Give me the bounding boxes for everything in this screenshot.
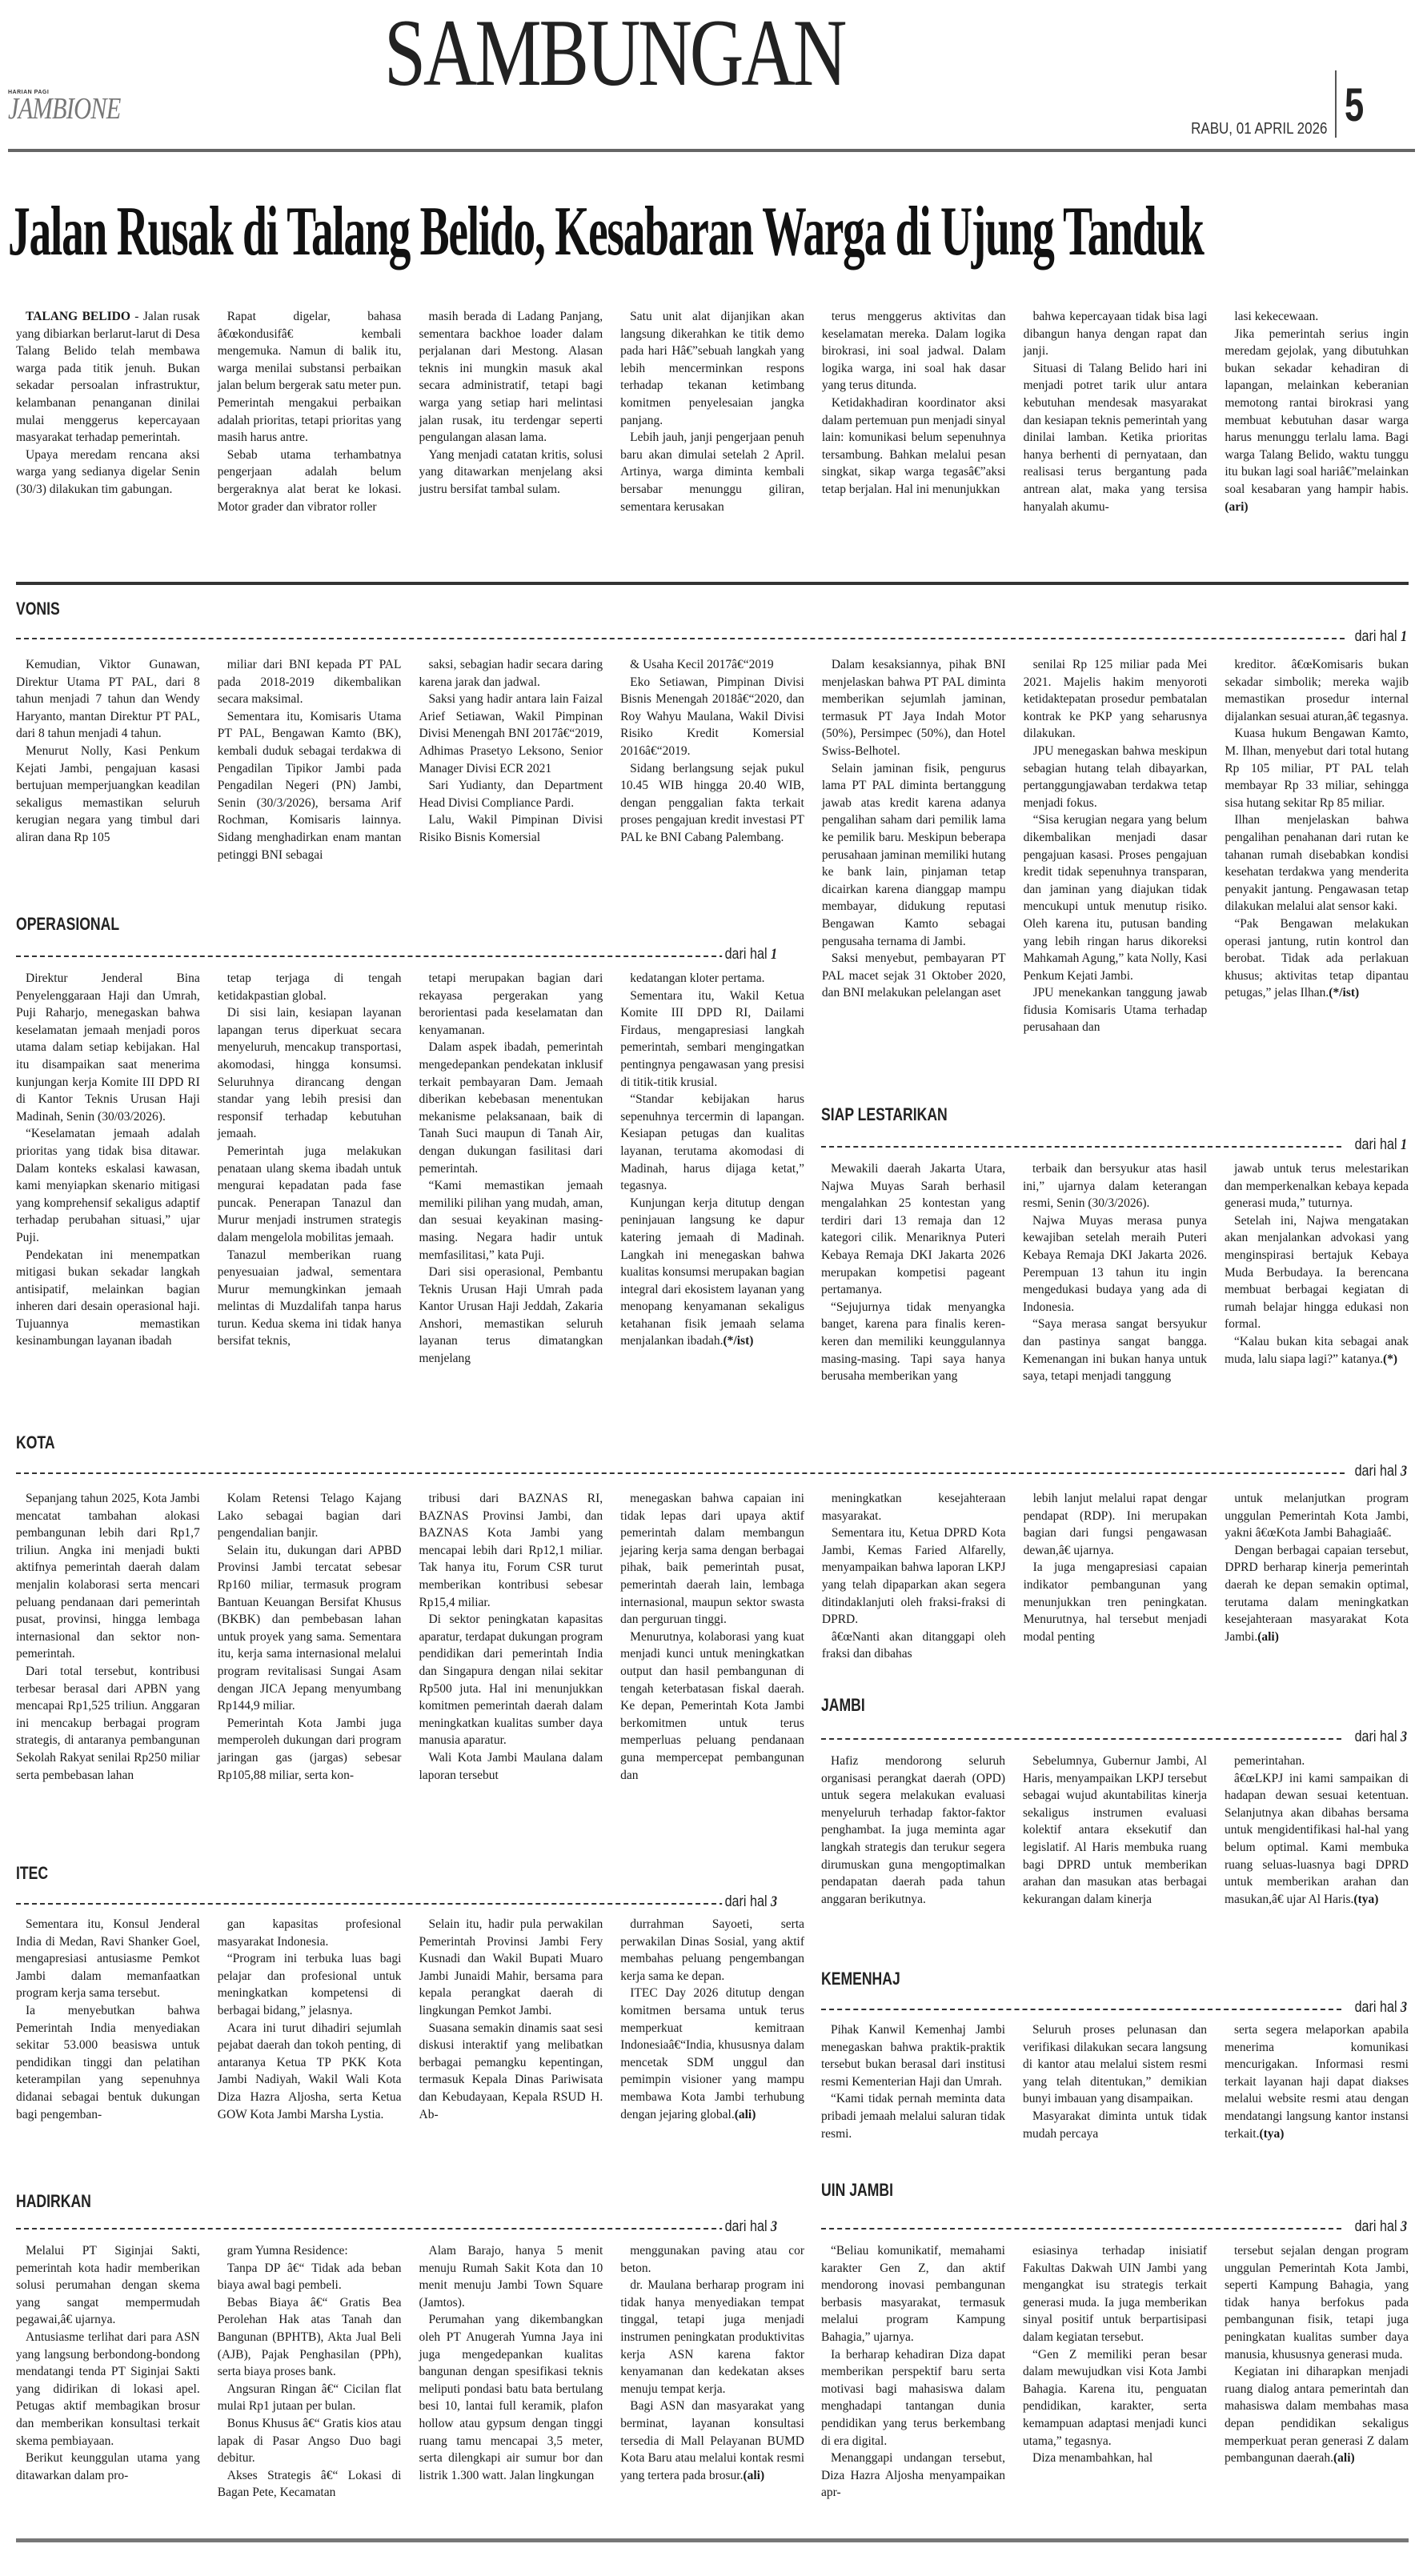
text-column: masih berada di Ladang Panjang, sementar… — [419, 308, 603, 515]
paragraph: Akses Strategis â€“ Lokasi di Bagan Pete… — [218, 2467, 402, 2502]
paragraph: tersebut sejalan dengan program unggulan… — [1225, 2242, 1409, 2363]
text-column: Sebelumnya, Gubernur Jambi, Al Haris, me… — [1023, 1753, 1207, 1908]
paragraph: Direktur Jenderal Bina Penyelenggaraan H… — [16, 970, 200, 1125]
text-column: durrahman Sayoeti, serta perwakilan Dina… — [620, 1916, 804, 2123]
paragraph: Suasana semakin dinamis saat sesi diskus… — [419, 2020, 603, 2124]
paragraph: Sari Yudianty, dan Department Head Divis… — [419, 777, 603, 811]
text-column: terus menggerus aktivitas dan keselamata… — [822, 308, 1006, 515]
paragraph: Sebab utama terhambatnya pengerjaan adal… — [218, 447, 402, 515]
author-byline: (*/ist) — [724, 1334, 754, 1348]
text-column: meningkatkan kesejahteraan masyarakat.Se… — [822, 1490, 1006, 1784]
paragraph: Menanggapi undangan tersebut, Diza Hazra… — [821, 2450, 1005, 2502]
paragraph: dr. Maulana berharap program ini tidak h… — [620, 2277, 804, 2398]
paragraph: Najwa Muyas merasa punya kewajiban setel… — [1023, 1212, 1207, 1316]
paragraph: Seluruh proses pelunasan dan verifikasi … — [1023, 2021, 1207, 2108]
text-column: Rapat digelar, bahasa â€œkondusifâ€ kemb… — [218, 308, 402, 515]
paragraph: Dalam aspek ibadah, pemerintah mengedepa… — [419, 1039, 603, 1177]
paragraph: jawab untuk terus melestarikan dan mempe… — [1225, 1160, 1409, 1212]
paragraph: “Sejujurnya tidak menyangka banget, kare… — [821, 1299, 1005, 1385]
page-number-divider — [1335, 70, 1337, 138]
kota-article-body: Sepanjang tahun 2025, Kota Jambi mencata… — [16, 1490, 1409, 1784]
paragraph: â€œLKPJ ini kami sampaikan di hadapan de… — [1225, 1770, 1409, 1909]
paragraph: Rapat digelar, bahasa â€œkondusifâ€ kemb… — [218, 308, 402, 447]
paragraph: Lalu, Wakil Pimpinan Divisi Risiko Bisni… — [419, 811, 603, 846]
section-label-itec: ITEC — [16, 1863, 48, 1884]
text-column: Kolam Retensi Telago Kajang Lako sebagai… — [218, 1490, 402, 1784]
paragraph: Bonus Khusus â€“ Gratis kios atau lapak … — [218, 2415, 402, 2467]
paragraph: “Beliau komunikatif, memahami karakter G… — [821, 2242, 1005, 2346]
paragraph: “Pak Bengawan melakukan operasi jantung,… — [1225, 915, 1409, 1002]
paragraph: Kegiatan ini diharapkan menjadi ruang di… — [1225, 2363, 1409, 2467]
paragraph: Eko Setiawan, Pimpinan Divisi Bisnis Men… — [620, 674, 804, 760]
paragraph: Satu unit alat dijanjikan akan langsung … — [620, 308, 804, 429]
paragraph: Menurut Nolly, Kasi Penkum Kejati Jambi,… — [16, 743, 200, 847]
text-column: Hafiz mendorong seluruh organisasi peran… — [821, 1753, 1005, 1908]
paragraph: tribusi dari BAZNAS RI, BAZNAS Provinsi … — [419, 1490, 603, 1611]
paragraph: Sementara itu, Wakil Ketua Komite III DP… — [620, 988, 804, 1092]
author-byline: (ali) — [735, 2108, 756, 2121]
text-column: Melalui PT Siginjai Sakti, pemerintah ko… — [16, 2242, 200, 2502]
paragraph: Sementara itu, Ketua DPRD Kota Jambi, Ke… — [822, 1524, 1006, 1629]
section-label-vonis: VONIS — [16, 599, 60, 619]
paragraph: “Program ini terbuka luas bagi pelajar d… — [218, 1950, 402, 2019]
paragraph: Sementara itu, Konsul Jenderal India di … — [16, 1916, 200, 2002]
paragraph: Berikut keunggulan utama yang ditawarkan… — [16, 2450, 200, 2484]
author-byline: (*/ist) — [1329, 986, 1359, 1000]
text-column: pemerintahan.â€œLKPJ ini kami sampaikan … — [1225, 1753, 1409, 1908]
section-divider — [821, 2009, 1341, 2010]
paragraph: Bebas Biaya â€“ Gratis Bea Perolehan Hak… — [218, 2294, 402, 2381]
paragraph: lebih lanjut melalui rapat dengar pendap… — [1024, 1490, 1208, 1559]
section-label-hadirkan: HADIRKAN — [16, 2191, 91, 2212]
text-column: “Beliau komunikatif, memahami karakter G… — [821, 2242, 1005, 2502]
continued-from-page: dari hal 3 — [1352, 1729, 1407, 1746]
text-column: Pihak Kanwil Kemenhaj Jambi menegaskan b… — [821, 2021, 1005, 2142]
paragraph: senilai Rp 125 miliar pada Mei 2021. Maj… — [1024, 656, 1208, 743]
section-divider — [16, 638, 1345, 639]
text-column: TALANG BELIDO - Jalan rusak yang dibiark… — [16, 308, 200, 515]
paragraph: Situasi di Talang Belido hari ini menjad… — [1024, 360, 1208, 515]
paragraph: Sementara itu, Komisaris Utama PT PAL, B… — [218, 708, 402, 863]
paragraph: Saksi yang hadir antara lain Faizal Arie… — [419, 691, 603, 777]
continued-from-page: dari hal 3 — [1352, 1999, 1407, 2017]
continued-from-page: dari hal 3 — [722, 1893, 777, 1911]
paragraph: Pemerintah juga melakukan penataan ulang… — [218, 1143, 402, 1247]
logo-wordmark: JAMBIONE — [8, 95, 85, 122]
masthead: HARIAN PAGI JAMBIONE SAMBUNGAN RABU, 01 … — [0, 0, 1423, 152]
text-column: Seluruh proses pelunasan dan verifikasi … — [1023, 2021, 1207, 2142]
section-divider — [16, 955, 740, 957]
page-bottom-rule — [16, 2538, 1409, 2542]
paragraph: Acara ini turut dihadiri sejumlah pejaba… — [218, 2020, 402, 2124]
paragraph: terus menggerus aktivitas dan keselamata… — [822, 308, 1006, 395]
paragraph: durrahman Sayoeti, serta perwakilan Dina… — [620, 1916, 804, 1985]
paragraph: Masyarakat diminta untuk tidak mudah per… — [1023, 2108, 1207, 2142]
paragraph: kreditor. â€œKomisaris bukan sekadar sim… — [1225, 656, 1409, 725]
section-divider — [821, 2228, 1341, 2229]
paragraph: Tanpa DP â€“ Tidak ada beban biaya awal … — [218, 2260, 402, 2294]
paragraph: JPU menegaskan bahwa meskipun sebagian h… — [1024, 743, 1208, 811]
text-column: bahwa kepercayaan tidak bisa lagi dibang… — [1024, 308, 1208, 515]
continued-from-page: dari hal 3 — [722, 2218, 777, 2236]
paragraph: “Kami memastikan jemaah memiliki pilihan… — [419, 1177, 603, 1264]
author-byline: (tya) — [1353, 1893, 1378, 1906]
paragraph: Ia menyebutkan bahwa Pemerintah India me… — [16, 2002, 200, 2123]
paragraph: Ia juga mengapresiasi capaian indikator … — [1024, 1559, 1208, 1645]
paragraph: bahwa kepercayaan tidak bisa lagi dibang… — [1024, 308, 1208, 360]
paragraph: gram Yumna Residence: — [218, 2242, 402, 2260]
paragraph: Dari total tersebut, kontribusi terbesar… — [16, 1663, 200, 1784]
paragraph: Ilhan menjelaskan bahwa pengalihan penah… — [1225, 811, 1409, 915]
text-column: jawab untuk terus melestarikan dan mempe… — [1225, 1160, 1409, 1385]
section-divider — [16, 1472, 1345, 1474]
text-column: tersebut sejalan dengan program unggulan… — [1225, 2242, 1409, 2502]
uin-jambi-article-body: “Beliau komunikatif, memahami karakter G… — [821, 2242, 1409, 2502]
paragraph: Alam Barajo, hanya 5 menit menuju Rumah … — [419, 2242, 603, 2311]
author-byline: (ali) — [1257, 1630, 1279, 1644]
section-label-siap-lestarikan: SIAP LESTARIKAN — [821, 1104, 948, 1125]
paragraph: “Kami tidak pernah meminta data pribadi … — [821, 2090, 1005, 2142]
paragraph: Upaya meredam rencana aksi warga yang se… — [16, 447, 200, 499]
text-column: Dalam kesaksiannya, pihak BNI menjelaska… — [822, 656, 1006, 1036]
paragraph: Bagi ASN dan masyarakat yang berminat, l… — [620, 2398, 804, 2484]
paragraph: “Gen Z memiliki peran besar dalam mewuju… — [1023, 2346, 1207, 2450]
section-divider — [16, 2228, 740, 2229]
paragraph: pemerintahan. — [1225, 1753, 1409, 1770]
section-label-jambi: JAMBI — [821, 1695, 865, 1716]
paragraph: Wali Kota Jambi Maulana dalam laporan te… — [419, 1749, 603, 1784]
text-column: lebih lanjut melalui rapat dengar pendap… — [1024, 1490, 1208, 1784]
section-divider — [821, 1738, 1341, 1740]
text-column: kreditor. â€œKomisaris bukan sekadar sim… — [1225, 656, 1409, 1036]
continued-from-page: dari hal 1 — [1352, 1136, 1407, 1154]
paragraph: tetap terjaga di tengah ketidakpastian g… — [218, 970, 402, 1004]
paragraph: Kemudian, Viktor Gunawan, Direktur Utama… — [16, 656, 200, 743]
paragraph: Yang menjadi catatan kritis, solusi yang… — [419, 447, 603, 499]
section-label-kota: KOTA — [16, 1432, 55, 1453]
paragraph: Selain itu, hadir pula perwakilan Pemeri… — [419, 1916, 603, 2020]
paragraph: Selain itu, dukungan dari APBD Provinsi … — [218, 1542, 402, 1715]
text-column: senilai Rp 125 miliar pada Mei 2021. Maj… — [1024, 656, 1208, 1036]
lead-bottom-rule — [16, 582, 1409, 585]
paragraph: Mewakili daerah Jakarta Utara, Najwa Muy… — [821, 1160, 1005, 1299]
paragraph: saksi, sebagian hadir secara daring kare… — [419, 656, 603, 691]
paragraph: Kolam Retensi Telago Kajang Lako sebagai… — [218, 1490, 402, 1542]
paragraph: Di sektor peningkatan kapasitas aparatur… — [419, 1611, 603, 1749]
paragraph: serta segera melaporkan apabila menerima… — [1225, 2021, 1409, 2142]
text-column: tribusi dari BAZNAS RI, BAZNAS Provinsi … — [419, 1490, 603, 1784]
continued-from-page: dari hal 1 — [722, 946, 777, 963]
masthead-rule — [8, 149, 1415, 152]
text-column: Direktur Jenderal Bina Penyelenggaraan H… — [16, 970, 200, 1368]
paragraph: Pihak Kanwil Kemenhaj Jambi menegaskan b… — [821, 2021, 1005, 2090]
paragraph: Jika pemerintah serius ingin meredam gej… — [1225, 326, 1409, 516]
paragraph: & Usaha Kecil 2017â€“2019 — [620, 656, 804, 674]
paragraph: miliar dari BNI kepada PT PAL pada 2018-… — [218, 656, 402, 708]
paragraph: terbaik dan bersyukur atas hasil ini,” u… — [1023, 1160, 1207, 1212]
paragraph: esiasinya terhadap inisiatif Fakultas Da… — [1023, 2242, 1207, 2346]
paragraph: Perumahan yang dikembangkan oleh PT Anug… — [419, 2311, 603, 2484]
text-column: gram Yumna Residence:Tanpa DP â€“ Tidak … — [218, 2242, 402, 2502]
paragraph: Dalam kesaksiannya, pihak BNI menjelaska… — [822, 656, 1006, 760]
paragraph: Ia berharap kehadiran Diza dapat memberi… — [821, 2346, 1005, 2450]
paragraph: Pendekatan ini menempatkan mitigasi buka… — [16, 1247, 200, 1351]
lead-article-body: TALANG BELIDO - Jalan rusak yang dibiark… — [16, 308, 1409, 515]
paragraph: meningkatkan kesejahteraan masyarakat. — [822, 1490, 1006, 1524]
text-column: serta segera melaporkan apabila menerima… — [1225, 2021, 1409, 2142]
paragraph: untuk melanjutkan program unggulan Pemer… — [1225, 1490, 1409, 1542]
section-divider — [16, 1903, 740, 1905]
paragraph: masih berada di Ladang Panjang, sementar… — [419, 308, 603, 447]
paragraph: menggunakan paving atau cor beton. — [620, 2242, 804, 2277]
page-number: 5 — [1345, 78, 1364, 132]
text-column: terbaik dan bersyukur atas hasil ini,” u… — [1023, 1160, 1207, 1385]
section-label-uin-jambi: UIN JAMBI — [821, 2180, 893, 2201]
text-column: lasi kekecewaan.Jika pemerintah serius i… — [1225, 308, 1409, 515]
author-byline: (ari) — [1225, 500, 1248, 514]
paragraph: Angsuran Ringan â€“ Cicilan flat mulai R… — [218, 2381, 402, 2415]
paragraph: Dengan berbagai capaian tersebut, DPRD b… — [1225, 1542, 1409, 1646]
text-column: Selain itu, hadir pula perwakilan Pemeri… — [419, 1916, 603, 2123]
section-label-kemenhaj: KEMENHAJ — [821, 1969, 900, 1989]
text-column: menegaskan bahwa capaian ini tidak lepas… — [620, 1490, 804, 1784]
page-section-title: SAMBUNGAN — [384, 8, 844, 98]
continued-from-page: dari hal 3 — [1352, 1463, 1407, 1480]
author-byline: (ali) — [1333, 2451, 1355, 2465]
text-column: Sepanjang tahun 2025, Kota Jambi mencata… — [16, 1490, 200, 1784]
text-column: Sementara itu, Konsul Jenderal India di … — [16, 1916, 200, 2123]
paragraph: menegaskan bahwa capaian ini tidak lepas… — [620, 1490, 804, 1629]
paragraph: Melalui PT Siginjai Sakti, pemerintah ko… — [16, 2242, 200, 2329]
paragraph: “Kalau bukan kita sebagai anak muda, lal… — [1225, 1333, 1409, 1368]
text-column: gan kapasitas profesional masyarakat Ind… — [218, 1916, 402, 2123]
section-divider — [821, 1146, 1341, 1148]
jambi-article-body: Hafiz mendorong seluruh organisasi peran… — [821, 1753, 1409, 1908]
paragraph: TALANG BELIDO - Jalan rusak yang dibiark… — [16, 308, 200, 447]
text-column: menggunakan paving atau cor beton.dr. Ma… — [620, 2242, 804, 2502]
paragraph: Sebelumnya, Gubernur Jambi, Al Haris, me… — [1023, 1753, 1207, 1908]
paragraph: Ketidakhadiran koordinator aksi dalam pe… — [822, 395, 1006, 499]
author-byline: (*) — [1383, 1352, 1397, 1366]
paragraph: “Saya merasa sangat bersyukur dan pastin… — [1023, 1316, 1207, 1384]
paragraph: Tanazul memberikan ruang penyesuaian jad… — [218, 1247, 402, 1351]
operasional-article-body: Direktur Jenderal Bina Penyelenggaraan H… — [16, 970, 804, 1368]
paragraph: Diza menambahkan, hal — [1023, 2450, 1207, 2467]
paragraph: gan kapasitas profesional masyarakat Ind… — [218, 1916, 402, 1950]
paragraph: Di sisi lain, kesiapan layanan lapangan … — [218, 1004, 402, 1143]
text-column: tetapi merupakan bagian dari rekayasa pe… — [419, 970, 603, 1368]
paragraph: ITEC Day 2026 ditutup dengan komitmen be… — [620, 1985, 804, 2123]
text-column: Alam Barajo, hanya 5 menit menuju Rumah … — [419, 2242, 603, 2502]
paragraph: Saksi menyebut, pembayaran PT PAL macet … — [822, 950, 1006, 1002]
section-label-operasional: OPERASIONAL — [16, 914, 119, 935]
paragraph: “Sisa kerugian negara yang belum dikemba… — [1024, 811, 1208, 984]
paragraph: Dari sisi operasional, Pembantu Teknis U… — [419, 1264, 603, 1368]
text-column: Satu unit alat dijanjikan akan langsung … — [620, 308, 804, 515]
paragraph: Menurutnya, kolaborasi yang kuat menjadi… — [620, 1629, 804, 1784]
paragraph: â€œNanti akan ditanggapi oleh fraksi dan… — [822, 1629, 1006, 1663]
paragraph: Setelah ini, Najwa mengatakan akan menja… — [1225, 1212, 1409, 1333]
paragraph: Pemerintah Kota Jambi juga memperoleh du… — [218, 1715, 402, 1784]
issue-date: RABU, 01 APRIL 2026 — [1191, 120, 1327, 138]
itec-article-body: Sementara itu, Konsul Jenderal India di … — [16, 1916, 804, 2123]
paragraph: Kunjungan kerja ditutup dengan peninjaua… — [620, 1195, 804, 1350]
paragraph: JPU menekankan tanggung jawab fidusia Ko… — [1024, 984, 1208, 1036]
text-column: esiasinya terhadap inisiatif Fakultas Da… — [1023, 2242, 1207, 2502]
paragraph: Selain jaminan fisik, pengurus lama PT P… — [822, 760, 1006, 951]
hadirkan-article-body: Melalui PT Siginjai Sakti, pemerintah ko… — [16, 2242, 804, 2502]
paragraph: Lebih jauh, janji pengerjaan penuh baru … — [620, 429, 804, 515]
text-column: kedatangan kloter pertama.Sementara itu,… — [620, 970, 804, 1368]
newspaper-logo: HARIAN PAGI JAMBIONE — [8, 90, 104, 122]
paragraph: kedatangan kloter pertama. — [620, 970, 804, 988]
paragraph: Hafiz mendorong seluruh organisasi peran… — [821, 1753, 1005, 1908]
text-column: tetap terjaga di tengah ketidakpastian g… — [218, 970, 402, 1368]
paragraph: Kuasa hukum Bengawan Kamto, M. Ilhan, me… — [1225, 725, 1409, 811]
continued-from-page: dari hal 3 — [1352, 2218, 1407, 2236]
paragraph: “Standar kebijakan harus sepenuhnya terc… — [620, 1091, 804, 1195]
kemenhaj-article-body: Pihak Kanwil Kemenhaj Jambi menegaskan b… — [821, 2021, 1409, 2142]
siap-lestarikan-article-body: Mewakili daerah Jakarta Utara, Najwa Muy… — [821, 1160, 1409, 1385]
author-byline: (tya) — [1259, 2127, 1284, 2141]
paragraph: Sidang berlangsung sejak pukul 10.45 WIB… — [620, 760, 804, 847]
paragraph: Sepanjang tahun 2025, Kota Jambi mencata… — [16, 1490, 200, 1663]
paragraph: tetapi merupakan bagian dari rekayasa pe… — [419, 970, 603, 1039]
text-column: Mewakili daerah Jakarta Utara, Najwa Muy… — [821, 1160, 1005, 1385]
paragraph: lasi kekecewaan. — [1225, 308, 1409, 326]
continued-from-page: dari hal 1 — [1352, 628, 1407, 646]
paragraph: Antusiasme terlihat dari para ASN yang l… — [16, 2329, 200, 2450]
author-byline: (ali) — [743, 2469, 764, 2482]
lead-headline: Jalan Rusak di Talang Belido, Kesabaran … — [8, 192, 895, 272]
dateline-lead-in: TALANG BELIDO — [26, 310, 134, 323]
paragraph: “Keselamatan jemaah adalah prioritas yan… — [16, 1125, 200, 1246]
